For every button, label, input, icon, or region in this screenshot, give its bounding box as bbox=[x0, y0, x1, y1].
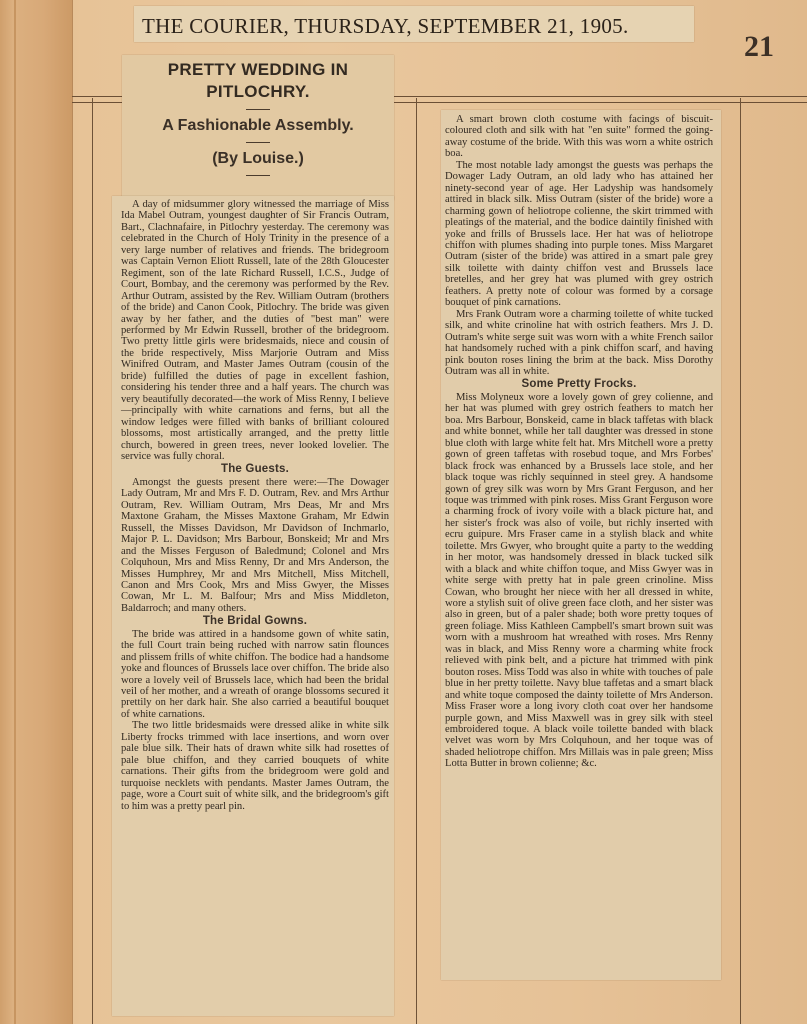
article-header-clipping: PRETTY WEDDING IN PITLOCHRY. A Fashionab… bbox=[122, 55, 394, 200]
article-right-column: A smart brown cloth costume with facings… bbox=[445, 114, 713, 770]
ruled-column-line bbox=[416, 98, 417, 1024]
divider bbox=[246, 109, 270, 110]
page-number: 21 bbox=[744, 30, 774, 64]
article-left-column: A day of midsummer glory witnessed the m… bbox=[121, 199, 389, 812]
bridesmaids-paragraph: The two little bridesmaids were dressed … bbox=[121, 720, 389, 812]
ruled-column-line bbox=[740, 98, 741, 1024]
notable-guests-paragraph: The most notable lady amongst the guests… bbox=[445, 160, 713, 309]
ruled-column-line bbox=[92, 98, 93, 1024]
masthead-title: THE COURIER, THURSDAY, SEPTEMBER 21, 190… bbox=[142, 14, 629, 39]
newspaper-masthead-clipping: THE COURIER, THURSDAY, SEPTEMBER 21, 190… bbox=[134, 6, 694, 42]
outram-family-paragraph: Mrs Frank Outram wore a charming toilett… bbox=[445, 309, 713, 378]
album-binding bbox=[0, 0, 73, 1024]
byline: (By Louise.) bbox=[122, 149, 394, 169]
headline-line-1: PRETTY WEDDING IN bbox=[122, 59, 394, 81]
binding-edge bbox=[14, 0, 16, 1024]
section-heading-guests: The Guests. bbox=[121, 464, 389, 475]
section-heading-bridal-gowns: The Bridal Gowns. bbox=[121, 616, 389, 627]
section-heading-pretty-frocks: Some Pretty Frocks. bbox=[445, 379, 713, 390]
going-away-paragraph: A smart brown cloth costume with facings… bbox=[445, 114, 713, 160]
gowns-paragraph: The bride was attired in a handsome gown… bbox=[121, 629, 389, 721]
divider bbox=[246, 175, 270, 176]
frocks-paragraph: Miss Molyneux wore a lovely gown of grey… bbox=[445, 392, 713, 770]
divider bbox=[246, 142, 270, 143]
headline-line-2: PITLOCHRY. bbox=[122, 81, 394, 103]
guests-paragraph: Amongst the guests present there were:—T… bbox=[121, 477, 389, 614]
subheadline: A Fashionable Assembly. bbox=[122, 116, 394, 136]
scrapbook-page: THE COURIER, THURSDAY, SEPTEMBER 21, 190… bbox=[0, 0, 807, 1024]
headline: PRETTY WEDDING IN PITLOCHRY. bbox=[122, 59, 394, 103]
intro-paragraph: A day of midsummer glory witnessed the m… bbox=[121, 199, 389, 462]
